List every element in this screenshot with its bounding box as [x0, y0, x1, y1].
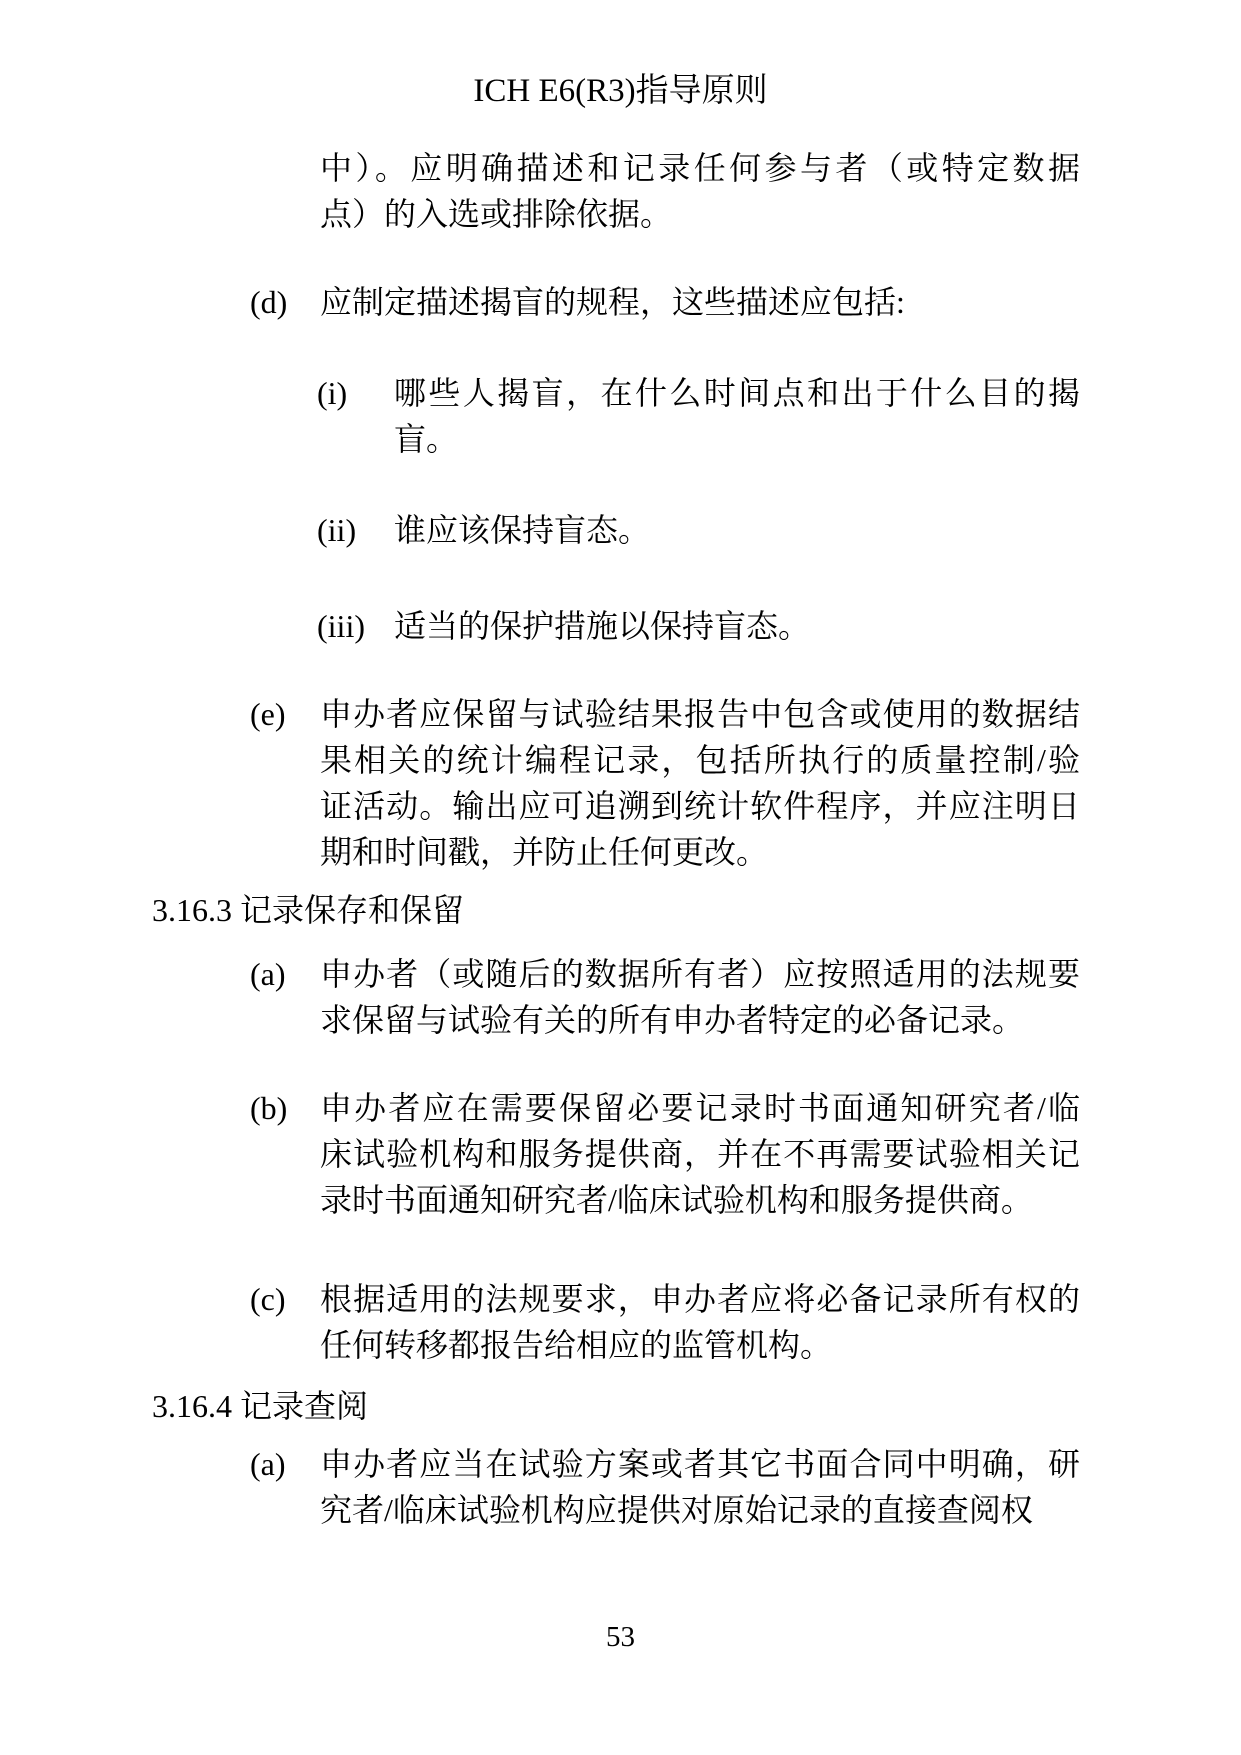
text-line: 床试验机构和服务提供商，并在不再需要试验相关记	[320, 1131, 1080, 1177]
text-line: 究者/临床试验机构应提供对原始记录的直接查阅权	[320, 1487, 1080, 1533]
text-line: 3.16.3 记录保存和保留	[152, 887, 1092, 933]
text-lines: 申办者应在需要保留必要记录时书面通知研究者/临床试验机构和服务提供商，并在不再需…	[320, 1085, 1080, 1223]
paragraph-continuation: 中）。应明确描述和记录任何参与者（或特定数据点）的入选或排除依据。	[0, 145, 1241, 237]
document-page: ICH E6(R3)指导原则 中）。应明确描述和记录任何参与者（或特定数据点）的…	[0, 0, 1241, 1755]
list-item-label: (ii)	[317, 507, 356, 553]
text-line: 申办者（或随后的数据所有者）应按照适用的法规要	[320, 951, 1080, 997]
list-item: (a)申办者应当在试验方案或者其它书面合同中明确，研究者/临床试验机构应提供对原…	[0, 1441, 1241, 1533]
text-lines: 根据适用的法规要求，申办者应将必备记录所有权的任何转移都报告给相应的监管机构。	[320, 1276, 1080, 1368]
list-item: (b)申办者应在需要保留必要记录时书面通知研究者/临床试验机构和服务提供商，并在…	[0, 1085, 1241, 1223]
list-item-label: (c)	[250, 1276, 286, 1322]
text-lines: 3.16.4 记录查阅	[152, 1383, 1092, 1429]
text-line: 盲。	[394, 416, 1080, 462]
text-lines: 申办者应保留与试验结果报告中包含或使用的数据结果相关的统计编程记录，包括所执行的…	[320, 691, 1080, 875]
text-line: 适当的保护措施以保持盲态。	[394, 603, 1080, 649]
list-item-label: (d)	[250, 279, 287, 325]
text-line: 申办者应当在试验方案或者其它书面合同中明确，研	[320, 1441, 1080, 1487]
text-line: 中）。应明确描述和记录任何参与者（或特定数据	[320, 145, 1080, 191]
text-line: 任何转移都报告给相应的监管机构。	[320, 1322, 1080, 1368]
list-item-label: (a)	[250, 1441, 286, 1487]
list-item-label: (e)	[250, 691, 286, 737]
text-line: 申办者应保留与试验结果报告中包含或使用的数据结	[320, 691, 1080, 737]
section-heading: 3.16.4 记录查阅	[0, 1383, 1241, 1429]
text-line: 3.16.4 记录查阅	[152, 1383, 1092, 1429]
list-item-label: (a)	[250, 951, 286, 997]
sub-list-item: (i)哪些人揭盲，在什么时间点和出于什么目的揭盲。	[0, 370, 1241, 462]
text-line: 期和时间戳，并防止任何更改。	[320, 829, 1080, 875]
text-line: 求保留与试验有关的所有申办者特定的必备记录。	[320, 997, 1080, 1043]
text-line: 证活动。输出应可追溯到统计软件程序，并应注明日	[320, 783, 1080, 829]
text-lines: 应制定描述揭盲的规程，这些描述应包括:	[320, 279, 1080, 325]
section-heading: 3.16.3 记录保存和保留	[0, 887, 1241, 933]
list-item: (d)应制定描述揭盲的规程，这些描述应包括:	[0, 279, 1241, 325]
list-item: (c)根据适用的法规要求，申办者应将必备记录所有权的任何转移都报告给相应的监管机…	[0, 1276, 1241, 1368]
list-item: (a)申办者（或随后的数据所有者）应按照适用的法规要求保留与试验有关的所有申办者…	[0, 951, 1241, 1043]
text-lines: 申办者（或随后的数据所有者）应按照适用的法规要求保留与试验有关的所有申办者特定的…	[320, 951, 1080, 1043]
page-header-title: ICH E6(R3)指导原则	[0, 71, 1241, 111]
text-line: 谁应该保持盲态。	[394, 507, 1080, 553]
list-item: (e)申办者应保留与试验结果报告中包含或使用的数据结果相关的统计编程记录，包括所…	[0, 691, 1241, 875]
text-line: 录时书面通知研究者/临床试验机构和服务提供商。	[320, 1177, 1080, 1223]
text-lines: 适当的保护措施以保持盲态。	[394, 603, 1080, 649]
list-item-label: (b)	[250, 1085, 287, 1131]
sub-list-item: (iii)适当的保护措施以保持盲态。	[0, 603, 1241, 649]
text-line: 点）的入选或排除依据。	[320, 191, 1080, 237]
text-lines: 申办者应当在试验方案或者其它书面合同中明确，研究者/临床试验机构应提供对原始记录…	[320, 1441, 1080, 1533]
text-line: 申办者应在需要保留必要记录时书面通知研究者/临	[320, 1085, 1080, 1131]
text-line: 根据适用的法规要求，申办者应将必备记录所有权的	[320, 1276, 1080, 1322]
text-line: 哪些人揭盲，在什么时间点和出于什么目的揭	[394, 370, 1080, 416]
list-item-label: (i)	[317, 370, 347, 416]
text-lines: 3.16.3 记录保存和保留	[152, 887, 1092, 933]
text-lines: 中）。应明确描述和记录任何参与者（或特定数据点）的入选或排除依据。	[320, 145, 1080, 237]
page-number: 53	[0, 1620, 1241, 1654]
text-line: 果相关的统计编程记录，包括所执行的质量控制/验	[320, 737, 1080, 783]
text-lines: 哪些人揭盲，在什么时间点和出于什么目的揭盲。	[394, 370, 1080, 462]
text-lines: 谁应该保持盲态。	[394, 507, 1080, 553]
sub-list-item: (ii)谁应该保持盲态。	[0, 507, 1241, 553]
list-item-label: (iii)	[317, 603, 365, 649]
text-line: 应制定描述揭盲的规程，这些描述应包括:	[320, 279, 1080, 325]
